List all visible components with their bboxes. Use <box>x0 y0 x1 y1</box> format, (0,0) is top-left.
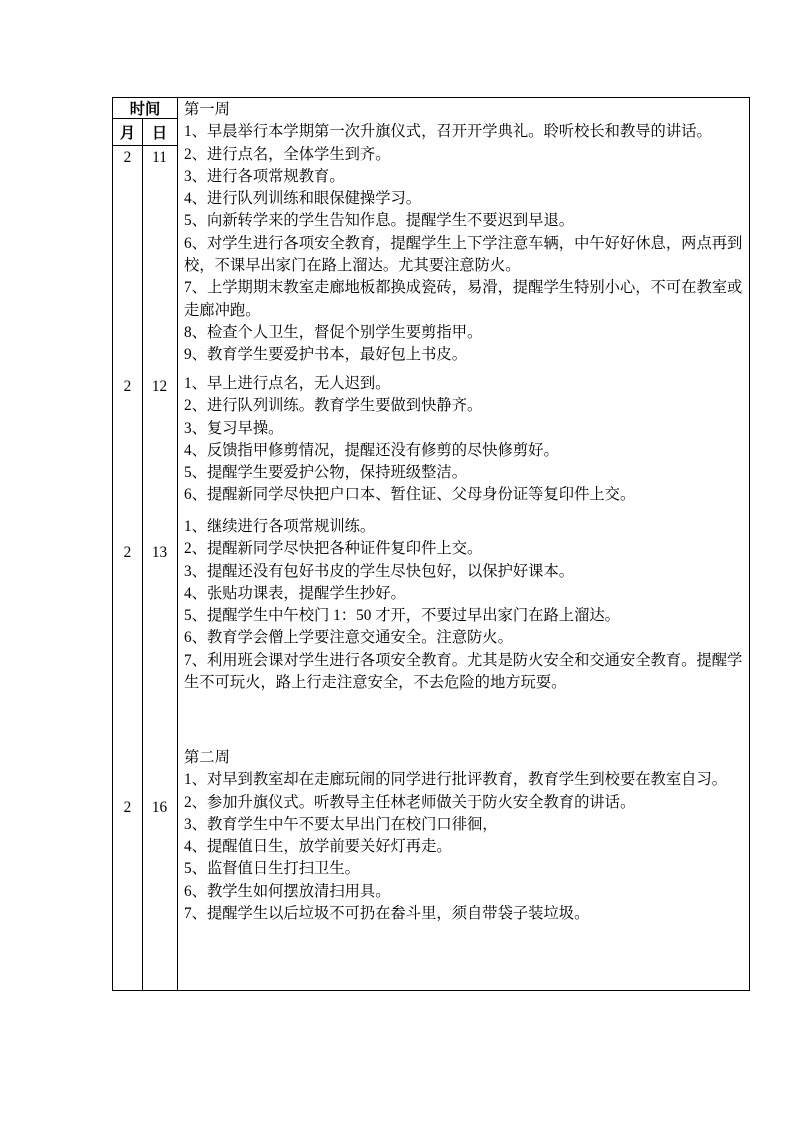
log-line: 3、进行各项常规教育。 <box>184 166 746 188</box>
log-line: 2、提醒新同学尽快把各种证件复印件上交。 <box>184 538 746 560</box>
log-line: 1、早晨举行本学期第一次升旗仪式，召开开学典礼。聆听校长和教导的讲话。 <box>184 121 746 143</box>
log-line: 1、早上进行点名，无人迟到。 <box>184 373 746 395</box>
log-line: 6、教育学会僧上学要注意交通安全。注意防火。 <box>184 627 746 649</box>
log-block-week2-day16: 第二周 1、对早到教室却在走廊玩闹的同学进行批评教育，教育学生到校要在教室自习。… <box>184 747 746 925</box>
log-block-week1-day12: 1、早上进行点名，无人迟到。 2、进行队列训练。教育学生要做到快静齐。 3、复习… <box>184 373 746 507</box>
log-line: 5、向新转学来的学生告知作息。提醒学生不要迟到早退。 <box>184 210 746 232</box>
log-line: 1、对早到教室却在走廊玩闹的同学进行批评教育，教育学生到校要在教室自习。 <box>184 769 746 791</box>
log-line: 8、检查个人卫生，督促个别学生要剪指甲。 <box>184 322 746 344</box>
schedule-table: 时间 月 日 2 11 第一周 1、早晨举行本学期第一次升旗仪式，召开开学典礼。… <box>112 97 750 991</box>
log-line: 4、反馈指甲修剪情况，提醒还没有修剪的尽快修剪好。 <box>184 440 746 462</box>
log-line: 2、进行点名，全体学生到齐。 <box>184 144 746 166</box>
col-header-day: 日 <box>142 119 177 146</box>
log-line: 9、教育学生要爱护书本，最好包上书皮。 <box>184 344 746 366</box>
log-line: 第一周 <box>184 99 746 121</box>
log-line: 6、提醒新同学尽快把户口本、暂住证、父母身份证等复印件上交。 <box>184 484 746 506</box>
log-line: 5、监督值日生打扫卫生。 <box>184 858 746 880</box>
log-line: 3、教育学生中午不要太早出门在校门口徘徊， <box>184 814 746 836</box>
log-line: 4、提醒值日生，放学前要关好灯再走。 <box>184 836 746 858</box>
log-line: 3、复习早操。 <box>184 418 746 440</box>
day-content-divider-line <box>177 98 178 990</box>
col-header-time: 时间 <box>113 98 177 119</box>
log-block-week1-day11: 第一周 1、早晨举行本学期第一次升旗仪式，召开开学典礼。聆听校长和教导的讲话。 … <box>184 99 746 367</box>
log-line: 2、进行队列训练。教育学生要做到快静齐。 <box>184 395 746 417</box>
day-value: 16 <box>142 797 177 819</box>
log-line: 第二周 <box>184 747 746 769</box>
day-value: 11 <box>142 147 177 169</box>
month-value: 2 <box>113 797 142 819</box>
month-value: 2 <box>113 147 142 169</box>
log-line: 7、提醒学生以后垃圾不可扔在畚斗里，须自带袋子装垃圾。 <box>184 903 746 925</box>
log-line: 4、张贴功课表，提醒学生抄好。 <box>184 583 746 605</box>
log-line: 3、提醒还没有包好书皮的学生尽快包好，以保护好课本。 <box>184 561 746 583</box>
log-line: 1、继续进行各项常规训练。 <box>184 516 746 538</box>
month-value: 2 <box>113 542 142 564</box>
log-line: 2、参加升旗仪式。听教导主任林老师做关于防火安全教育的讲话。 <box>184 792 746 814</box>
log-line: 4、进行队列训练和眼保健操学习。 <box>184 188 746 210</box>
col-header-month: 月 <box>113 119 142 146</box>
month-value: 2 <box>113 376 142 398</box>
log-line: 6、对学生进行各项安全教育，提醒学生上下学注意车辆，中午好好休息，两点再到校，不… <box>184 233 746 278</box>
log-line: 7、利用班会课对学生进行各项安全教育。尤其是防火安全和交通安全教育。提醒学生不可… <box>184 650 746 695</box>
log-block-week1-day13: 1、继续进行各项常规训练。 2、提醒新同学尽快把各种证件复印件上交。 3、提醒还… <box>184 516 746 694</box>
log-line: 6、教学生如何摆放清扫用具。 <box>184 881 746 903</box>
day-value: 13 <box>142 542 177 564</box>
log-line: 5、提醒学生要爱护公物，保持班级整洁。 <box>184 462 746 484</box>
document-page: 时间 月 日 2 11 第一周 1、早晨举行本学期第一次升旗仪式，召开开学典礼。… <box>0 0 793 1122</box>
log-line: 5、提醒学生中午校门 1：50 才开，不要过早出家门在路上溜达。 <box>184 605 746 627</box>
log-line: 7、上学期期末教室走廊地板都换成瓷砖，易滑，提醒学生特别小心，不可在教室或走廊冲… <box>184 277 746 322</box>
day-value: 12 <box>142 376 177 398</box>
